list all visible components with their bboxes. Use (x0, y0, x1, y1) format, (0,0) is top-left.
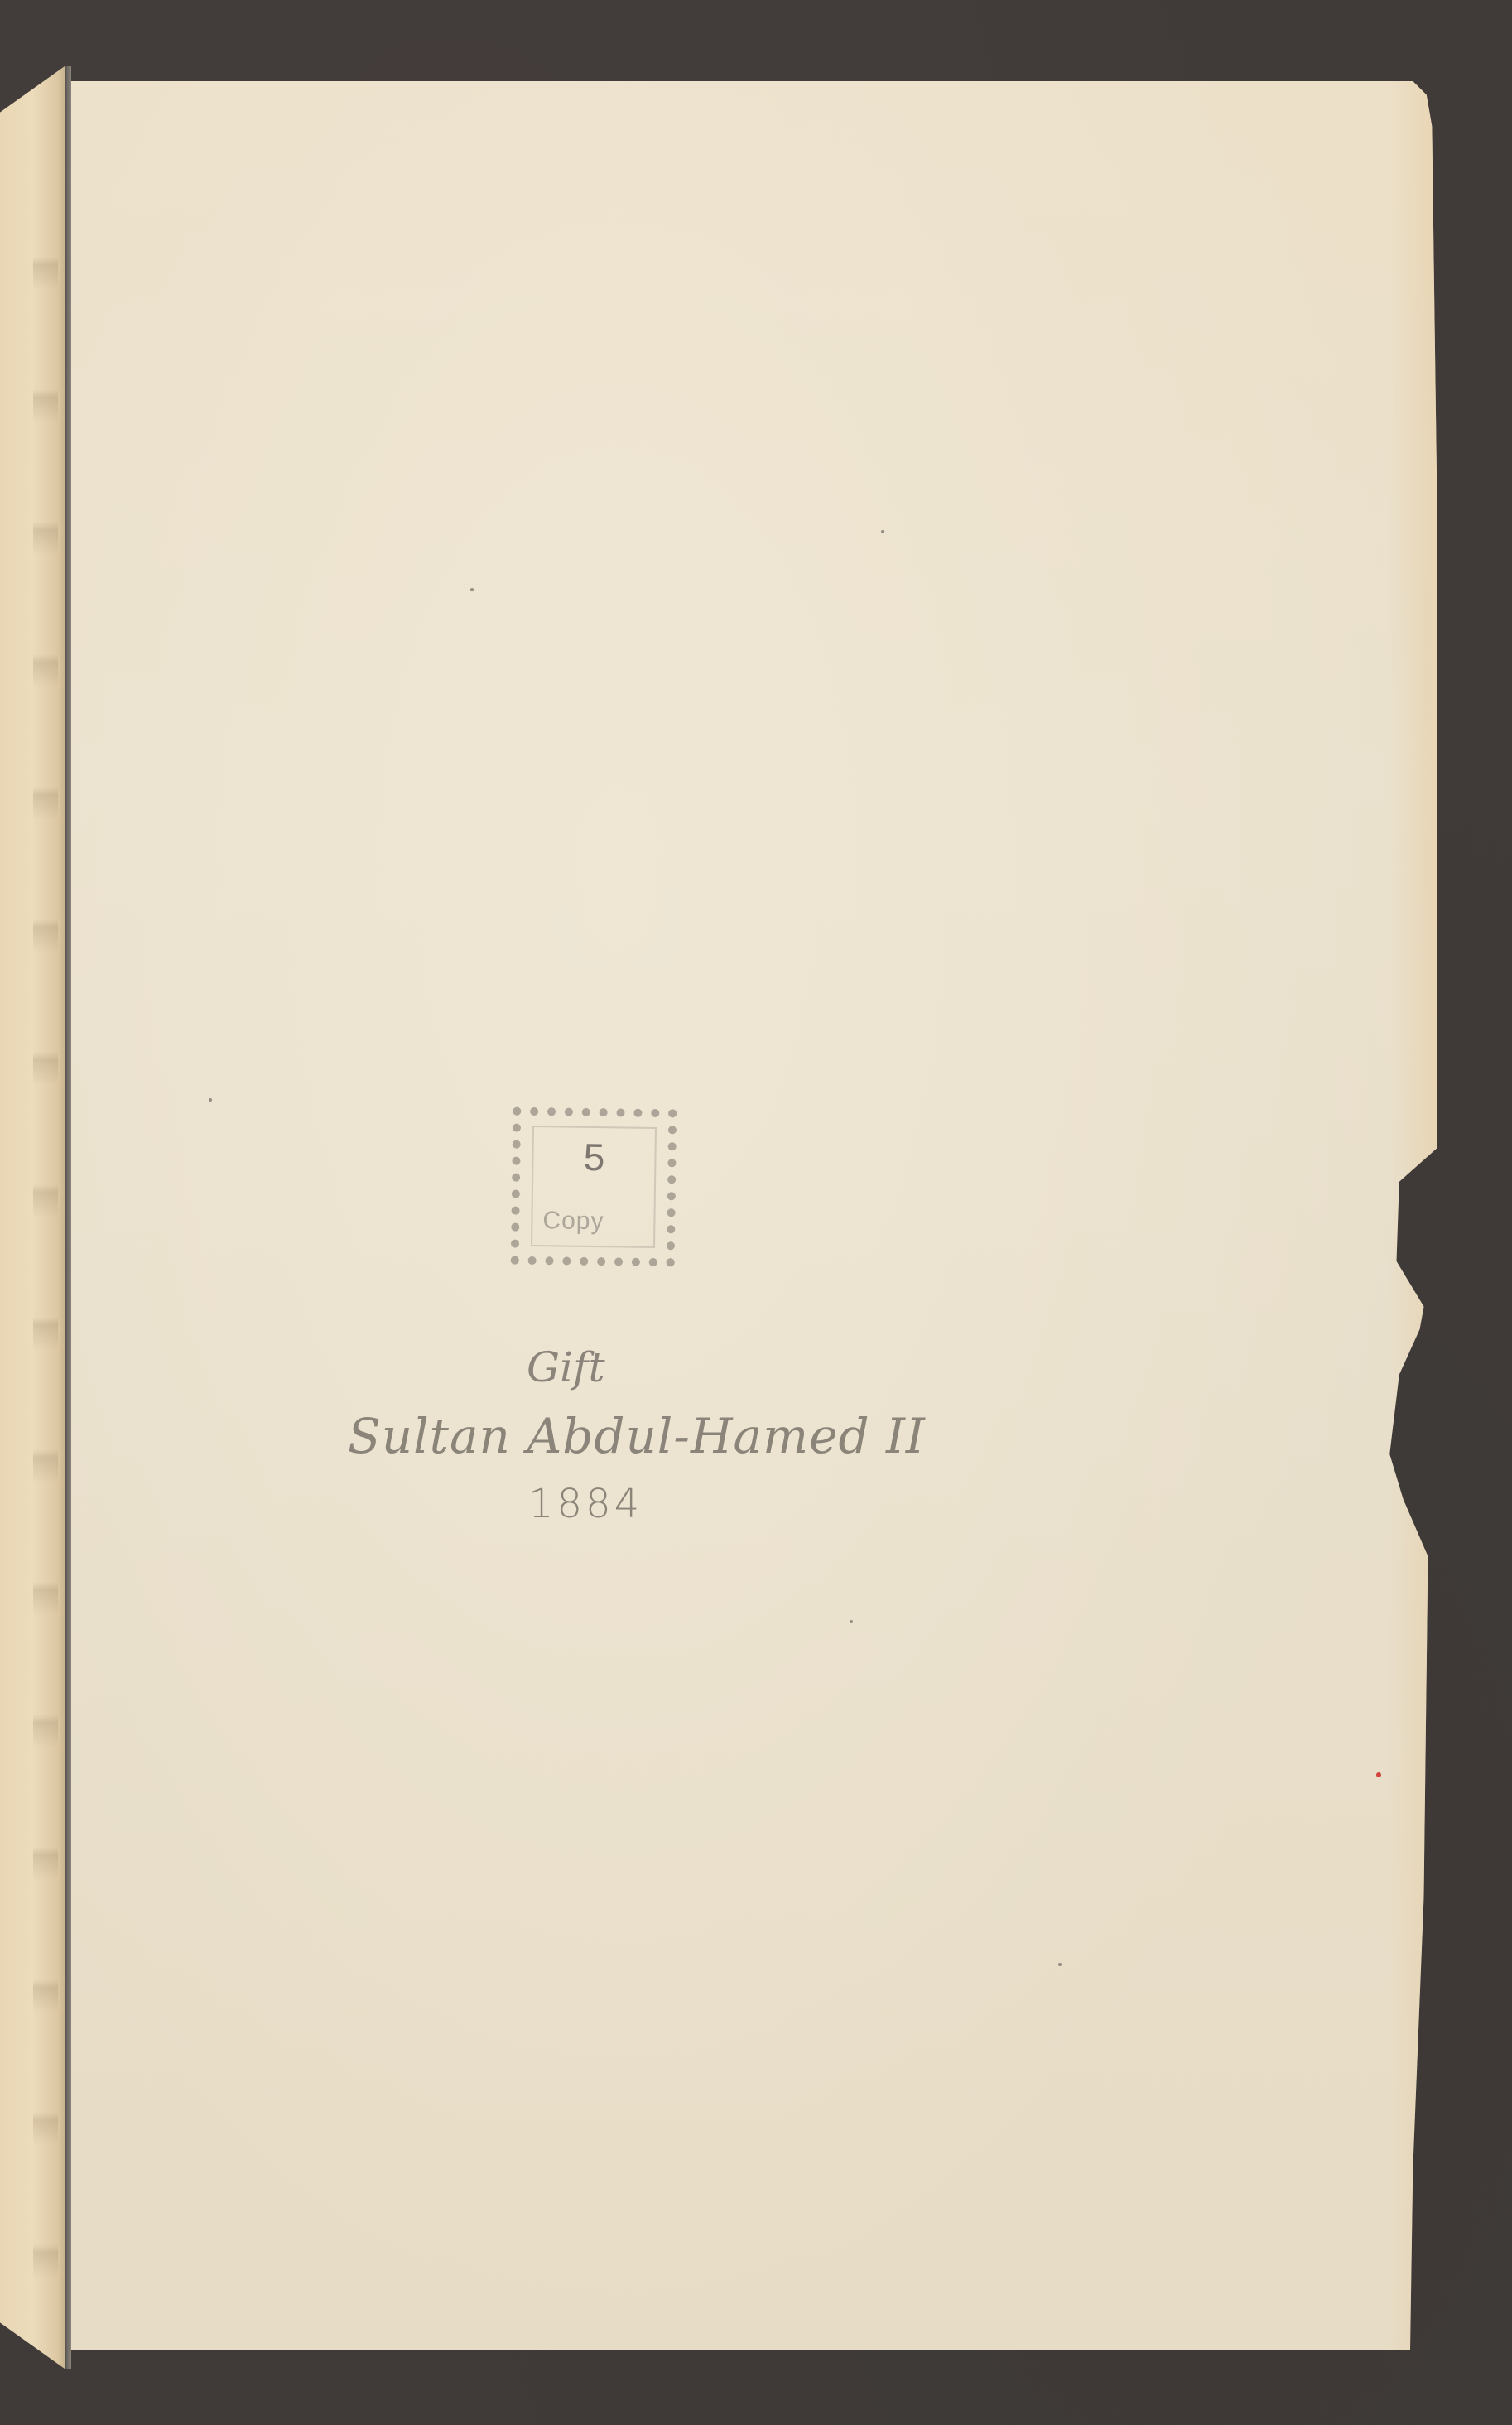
red-speck (1376, 1772, 1381, 1777)
inscription-year: 1884 (528, 1481, 643, 1527)
paper-speck (850, 1620, 853, 1623)
inscription-gift: Gift (527, 1343, 605, 1391)
paper-speck (470, 588, 474, 591)
page-stains (33, 157, 58, 2394)
stamp-copy-number: 5 (520, 1134, 668, 1180)
inscription-donor: Sultan Abdul-Hamed II (348, 1408, 926, 1464)
paper-speck (209, 1098, 212, 1102)
paper-speck (1058, 1963, 1062, 1966)
book-gutter (65, 66, 71, 2369)
previous-page-edge (0, 66, 65, 2369)
paper-speck (881, 530, 884, 533)
book-page (71, 81, 1437, 2350)
stamp-copy-label: Copy (542, 1207, 604, 1236)
library-copy-stamp: 5 Copy (511, 1107, 677, 1267)
